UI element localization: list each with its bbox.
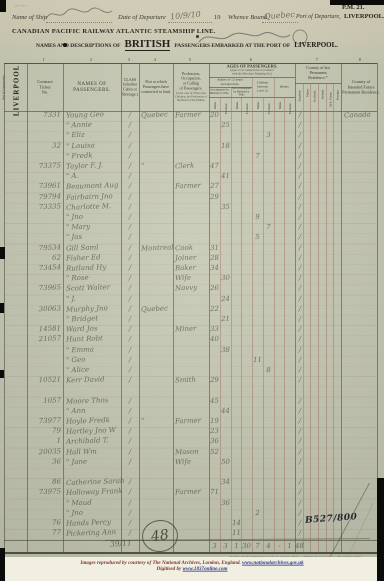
cell-occupation-handwriting: Farmer: [175, 488, 201, 497]
cell-name-handwriting: " Jas: [66, 233, 82, 242]
table-row: 30063Murphy Jno/Quebec22/: [4, 305, 377, 315]
cell-age-handwriting: 45: [209, 396, 220, 404]
total-value: 4: [263, 542, 274, 550]
digitiser-link[interactable]: www.1837online.com: [183, 566, 228, 571]
table-row: " Eliz/3/: [4, 131, 377, 141]
cell-name-handwriting: Archibald T.: [66, 437, 109, 446]
cell-residence-tick: /: [296, 427, 304, 435]
cell-ticket-handwriting: 7331: [28, 110, 61, 119]
table-row: 73335Charlotte M./35/: [4, 203, 377, 213]
total-england: 48: [295, 542, 304, 550]
table-row: 1Archibald T./36/: [4, 437, 377, 447]
age-col-label: Male.: [256, 101, 260, 109]
ship-name-handwriting: [44, 5, 114, 23]
column-number: 8: [359, 58, 361, 63]
table-row: 32" Louisa/18/: [4, 142, 377, 152]
cell-class-tick: /: [124, 203, 136, 211]
footer-line1: Images reproduced by courtesy of The Nat…: [29, 560, 355, 565]
cell-name-handwriting: " Ann: [66, 406, 86, 415]
header-residence-last: Country of last Permanent Residence.*: [295, 63, 341, 83]
cell-residence-tick: /: [296, 447, 304, 455]
cell-class-tick: /: [124, 162, 136, 170]
cell-class-tick: /: [124, 264, 136, 272]
cell-residence-tick: /: [296, 478, 304, 486]
cell-ticket-handwriting: 20035: [28, 447, 61, 456]
cell-class-tick: /: [124, 345, 136, 353]
cell-residence-tick: /: [296, 437, 304, 445]
header-residence-future: Country of Intended Future Permanent Res…: [341, 63, 381, 111]
document-subtitle: NAMES AND DESCRIPTIONS OF BRITISH PASSEN…: [36, 38, 338, 51]
cell-age-handwriting: 30: [220, 274, 231, 282]
cell-residence-tick: /: [296, 274, 304, 282]
table-row: " J./24/: [4, 295, 377, 305]
cell-residence-tick: /: [296, 121, 304, 129]
cell-name-handwriting: " Jane: [66, 457, 87, 466]
date-handwriting: 10/9/10: [170, 10, 202, 22]
cell-residence-tick: /: [296, 356, 304, 364]
cell-name-handwriting: Beaumont Aug: [66, 181, 119, 191]
cell-age-handwriting: 47: [209, 162, 220, 170]
cell-residence-tick: /: [296, 203, 304, 211]
cell-class-tick: /: [124, 529, 136, 537]
cell-ticket-handwriting: 73977: [28, 416, 61, 425]
ink-blot-small: [196, 35, 199, 38]
table-row: 73975Holloway Frank/Farmer71/: [4, 488, 377, 498]
age-col-label: Male.: [213, 101, 217, 109]
cell-age-handwriting: 50: [220, 458, 231, 466]
cell-name-handwriting: " Alice: [66, 366, 89, 375]
total-value: 30: [241, 542, 252, 550]
cell-residence-tick: /: [296, 488, 304, 496]
cell-occupation-handwriting: Farmer: [175, 417, 201, 426]
cell-name-handwriting: " Jno: [66, 509, 83, 518]
cell-age-handwriting: 3: [263, 131, 274, 139]
cell-age-handwriting: 2: [252, 509, 263, 517]
ages-title-note: (Ages to be computed in accordance with …: [230, 69, 274, 76]
cell-name-handwriting: " Fredk: [66, 151, 93, 160]
header-profession: Profession, Occupation, or Calling of Pa…: [173, 63, 209, 111]
cell-residence-tick: /: [296, 509, 304, 517]
cell-class-tick: /: [124, 233, 136, 241]
cell-age-handwriting: 20: [209, 111, 220, 119]
table-row: 73965Scott Walter/Navvy26/: [4, 284, 377, 294]
national-archives-link[interactable]: www.nationalarchives.gov.uk: [242, 560, 304, 565]
cell-occupation-handwriting: Wife: [175, 274, 191, 283]
cell-residence-tick: /: [296, 529, 304, 537]
cell-age-handwriting: 34: [209, 264, 220, 272]
cell-residence-tick: /: [296, 264, 304, 272]
table-row: 20035Hall Wm/Mason52/: [4, 448, 377, 458]
header-contract-ticket: Contract Ticket No.: [27, 63, 63, 111]
header-ages-title: AGES OF PASSENGERS. (Ages to be computed…: [209, 63, 295, 77]
cell-class-tick: /: [124, 437, 136, 445]
film-edge-mark: [377, 478, 384, 581]
cell-name-handwriting: Rutland Hy: [66, 263, 107, 272]
totals-row: 3313074-148: [4, 540, 377, 552]
cell-class-tick: /: [124, 141, 136, 149]
cell-residence-tick: /: [296, 182, 304, 190]
cell-name-handwriting: " Bridget: [66, 314, 98, 323]
cell-age-handwriting: 34: [220, 478, 231, 486]
cell-age-handwriting: 31: [209, 243, 220, 251]
cell-class-tick: /: [124, 192, 136, 200]
cell-age-handwriting: 40: [209, 335, 220, 343]
cell-age-handwriting: 27: [209, 182, 220, 190]
cell-ticket-handwriting: 73975: [28, 488, 61, 497]
header-class: CLASS (whether Cabin or Steerage.): [121, 63, 139, 111]
table-row: 79794Fairbairn Jno/29/: [4, 193, 377, 203]
cell-occupation-handwriting: Navvy: [175, 284, 197, 293]
cell-class-tick: /: [124, 284, 136, 292]
cell-name-handwriting: Fairbairn Jno: [66, 192, 113, 202]
cell-occupation-handwriting: Wife: [175, 458, 191, 467]
cell-class-tick: /: [124, 407, 136, 415]
table-row: 10521Kerr David/Smith29/: [4, 376, 377, 386]
cell-destination-handwriting: Canada: [344, 111, 371, 120]
top-scribble: ~~·: [14, 2, 28, 10]
subtitle-middle: PASSENGERS EMBARKED AT THE PORT OF: [174, 43, 290, 49]
cell-age-handwriting: 36: [209, 437, 220, 445]
cell-ticket-handwriting: 36: [28, 457, 61, 466]
cell-residence-tick: /: [296, 407, 304, 415]
cell-residence-tick: /: [296, 213, 304, 221]
film-edge-mark: [0, 548, 5, 581]
column-number: 3: [128, 58, 130, 63]
cell-class-tick: /: [124, 325, 136, 333]
cell-residence-tick: /: [296, 498, 304, 506]
cell-age-handwriting: 9: [252, 213, 263, 221]
cell-class-tick: /: [124, 121, 136, 129]
cell-residence-tick: /: [296, 284, 304, 292]
cell-ticket-handwriting: 73375: [28, 161, 61, 170]
cell-ticket-handwriting: 73961: [28, 182, 61, 191]
cell-class-tick: /: [124, 274, 136, 282]
cell-age-handwriting: 19: [209, 417, 220, 425]
cell-age-handwriting: 22: [209, 305, 220, 313]
circled-total-value: 48: [150, 527, 170, 545]
residence-col-label: Brit. Posns.: [328, 92, 332, 107]
cell-class-tick: /: [124, 152, 136, 160]
cell-name-handwriting: " Rose: [66, 274, 89, 283]
cell-name-handwriting: " Geo: [66, 355, 86, 364]
footer-credit-text: Images reproduced by courtesy of The Nat…: [80, 560, 240, 565]
table-row: 7331Young Geo/QuebecFarmer20/Canada: [4, 111, 377, 121]
cell-residence-tick: /: [296, 243, 304, 251]
cell-residence-tick: /: [296, 233, 304, 241]
cell-age-handwriting: 52: [209, 447, 220, 455]
cell-name-handwriting: Kerr David: [66, 376, 105, 385]
cell-residence-tick: /: [296, 519, 304, 527]
cell-class-tick: /: [124, 182, 136, 190]
cell-occupation-handwriting: Smith: [175, 376, 196, 385]
port-of-departure-label: Port of Departure,: [296, 14, 341, 20]
cell-age-handwriting: 44: [220, 407, 231, 415]
film-edge-mark: [0, 370, 4, 378]
cell-age-handwriting: 36: [220, 498, 231, 506]
cell-class-tick: /: [124, 172, 136, 180]
cell-name-handwriting: Fisher Ed: [66, 253, 101, 262]
cell-residence-tick: /: [296, 325, 304, 333]
cell-ticket-handwriting: 79794: [28, 192, 61, 201]
cell-class-tick: /: [124, 478, 136, 486]
cell-ticket-handwriting: 1057: [28, 396, 61, 405]
cell-name-handwriting: " Maud: [66, 498, 92, 507]
cell-name-handwriting: Hartley Jno W: [66, 426, 116, 436]
cell-class-tick: /: [124, 335, 136, 343]
document-page: P.M. 21. ~~· Name of Ship Date of Depart…: [0, 0, 384, 557]
cell-port-handwriting: ": [141, 417, 145, 425]
cell-age-handwriting: 71: [209, 488, 220, 496]
table-row: " Maud/36/: [4, 499, 377, 509]
cell-port-handwriting: Montreal: [141, 243, 174, 252]
date-of-departure-label: Date of Departure: [118, 14, 166, 21]
cell-occupation-handwriting: Cook: [175, 243, 193, 252]
residence-col-label: Ireland.: [321, 89, 325, 99]
cell-age-handwriting: 23: [209, 427, 220, 435]
cell-residence-tick: /: [296, 376, 304, 384]
cell-name-handwriting: Murphy Jno: [66, 304, 108, 313]
cell-class-tick: /: [124, 447, 136, 455]
total-value: 3: [220, 542, 231, 550]
cell-class-tick: /: [124, 213, 136, 221]
cell-ticket-handwriting: 62: [28, 253, 61, 262]
table-row: " Geo/11/: [4, 356, 377, 366]
table-row: " Jno/9/: [4, 213, 377, 223]
cell-name-handwriting: " Jno: [66, 213, 83, 222]
header-single: Not accompanied by Husband or Wife.: [231, 87, 253, 97]
table-row: 73454Rutland Hy/Baker34/: [4, 264, 377, 274]
cell-class-tick: /: [124, 223, 136, 231]
table-row: " Annie/25/: [4, 121, 377, 131]
header-names: NAMES OF PASSENGERS.: [63, 63, 121, 111]
cell-age-handwriting: 5: [252, 233, 263, 241]
cell-ticket-handwriting: 21057: [28, 335, 61, 344]
cell-age-handwriting: 8: [263, 366, 274, 374]
cell-occupation-handwriting: Mason: [175, 447, 199, 456]
cell-ticket-handwriting: 32: [28, 141, 61, 150]
cell-class-tick: /: [124, 254, 136, 262]
age-col-label: Male.: [278, 101, 282, 109]
whence-bound-label: Whence Bound: [228, 14, 267, 21]
port-of-departure-value: LIVERPOOL.: [344, 13, 384, 20]
cell-occupation-handwriting: Farmer: [175, 182, 201, 191]
cell-name-handwriting: " Emma: [66, 345, 94, 354]
name-of-ship-label: Name of Ship: [12, 14, 47, 21]
cell-residence-tick: /: [296, 223, 304, 231]
ink-blot: [63, 43, 67, 47]
cell-name-handwriting: Taylor F. J.: [66, 161, 103, 170]
cell-residence-tick: /: [296, 192, 304, 200]
cell-residence-tick: /: [296, 172, 304, 180]
cell-occupation-handwriting: Farmer: [175, 111, 201, 120]
cell-residence-tick: /: [296, 396, 304, 404]
cell-ticket-handwriting: 14581: [28, 325, 61, 334]
cell-residence-tick: /: [296, 162, 304, 170]
header-profession-note: In the case of Wives and Children, the P…: [175, 92, 207, 103]
cell-residence-tick: /: [296, 131, 304, 139]
table-row: " Emma/38/: [4, 346, 377, 356]
cell-class-tick: /: [124, 376, 136, 384]
table-row: 79534Gill Saml/MontrealCook31/: [4, 244, 377, 254]
column-number: 1: [43, 58, 45, 63]
film-edge-mark: [330, 0, 384, 5]
cell-residence-tick: /: [296, 294, 304, 302]
header-married: Accompanied by Husband or Wife.: [209, 87, 231, 97]
footer-digitised-text: Digitised by: [157, 566, 182, 571]
cell-class-tick: /: [124, 417, 136, 425]
cell-class-tick: /: [124, 396, 136, 404]
cell-name-handwriting: Moore Thos: [66, 396, 109, 405]
cell-name-handwriting: " Eliz: [66, 131, 85, 140]
cell-age-handwriting: 11: [252, 356, 263, 364]
cell-port-handwriting: ": [141, 162, 145, 170]
cell-age-handwriting: 14: [230, 519, 241, 527]
residence-col-label: Foreign.: [336, 89, 340, 100]
cell-residence-tick: /: [296, 335, 304, 343]
cell-residence-tick: /: [296, 345, 304, 353]
table-row: 73961Beaumont Aug/Farmer27/: [4, 182, 377, 192]
cell-name-handwriting: Holloway Frank: [66, 487, 123, 497]
subtitle-nationality: BRITISH: [125, 38, 171, 51]
residence-col-label: England.: [298, 90, 302, 102]
cell-class-tick: /: [124, 427, 136, 435]
cell-residence-tick: /: [296, 152, 304, 160]
header-adults: Adults of 12 years and upwards.: [209, 77, 252, 87]
column-number: 5: [189, 58, 191, 63]
cell-age-handwriting: 28: [209, 254, 220, 262]
cell-name-handwriting: Catherine Sarah: [66, 477, 125, 487]
cell-name-handwriting: " Annie: [66, 121, 92, 130]
cell-age-handwriting: 11: [230, 529, 241, 537]
cell-name-handwriting: Gill Saml: [66, 243, 99, 252]
cell-age-handwriting: 26: [209, 284, 220, 292]
cell-residence-tick: /: [296, 305, 304, 313]
age-col-label: Male.: [235, 101, 239, 109]
cell-age-handwriting: 21: [220, 315, 231, 323]
cell-ticket-handwriting: 77: [28, 529, 61, 538]
cell-residence-tick: /: [296, 366, 304, 374]
cell-residence-tick: /: [296, 254, 304, 262]
film-edge-mark: [0, 303, 4, 313]
cell-name-handwriting: " Mary: [66, 223, 90, 232]
cell-age-handwriting: 29: [209, 192, 220, 200]
cell-residence-tick: /: [296, 417, 304, 425]
cell-class-tick: /: [124, 366, 136, 374]
cell-name-handwriting: " J.: [66, 294, 76, 302]
film-edge-mark: [0, 247, 5, 259]
cell-name-handwriting: Hands Percy: [66, 518, 111, 528]
cell-age-handwriting: 33: [209, 325, 220, 333]
cell-name-handwriting: " Louisa: [66, 141, 95, 150]
table-row: 21057Hunt Robt/40/: [4, 335, 377, 345]
header-profession-main: Profession, Occupation, or Calling of Pa…: [173, 71, 209, 91]
cell-class-tick: /: [124, 509, 136, 517]
cell-age-handwriting: 29: [209, 376, 220, 384]
cell-age-handwriting: 7: [263, 223, 274, 231]
cell-occupation-handwriting: Clerk: [175, 162, 195, 171]
table-body: 7331Young Geo/QuebecFarmer20/Canada" Ann…: [4, 111, 377, 540]
date-blank: [168, 21, 212, 23]
cell-occupation-handwriting: Baker: [175, 264, 196, 273]
residence-col-label: Scotland.: [313, 90, 317, 102]
cell-ticket-handwriting: 73454: [28, 263, 61, 272]
cell-ticket-handwriting: 79: [28, 427, 61, 436]
passenger-table: 12345678 Contract Ticket No. NAMES OF PA…: [4, 57, 381, 556]
cell-residence-tick: /: [296, 111, 304, 119]
cell-age-handwriting: 18: [220, 141, 231, 149]
table-row: 36" Jane/Wife50/: [4, 458, 377, 468]
subtitle-prefix: NAMES AND DESCRIPTIONS OF: [36, 43, 121, 49]
cell-class-tick: /: [124, 305, 136, 313]
cell-class-tick: /: [124, 111, 136, 119]
cell-name-handwriting: Pickering Ann: [66, 528, 116, 538]
cell-name-handwriting: Scott Walter: [66, 284, 110, 294]
table-row: 1057Moore Thos/45/: [4, 397, 377, 407]
cell-class-tick: /: [124, 315, 136, 323]
cell-residence-tick: /: [296, 315, 304, 323]
whence-handwriting: Quebec: [264, 10, 295, 21]
column-number: 4: [154, 58, 156, 63]
header-children: Children between 1 and 12.: [252, 77, 274, 97]
cell-ticket-handwriting: 10521: [28, 376, 61, 385]
column-number: 6: [250, 58, 252, 63]
column-number: 7: [316, 58, 318, 63]
cell-age-handwriting: 35: [220, 203, 231, 211]
footer-line2: Digitised by www.1837online.com: [29, 566, 355, 571]
line-title: CANADIAN PACIFIC RAILWAY ATLANTIC STEAMS…: [12, 28, 216, 35]
table-row: [4, 386, 377, 396]
cell-class-tick: /: [124, 498, 136, 506]
total-value: 3: [209, 542, 220, 550]
cell-name-handwriting: Young Geo: [66, 110, 104, 119]
residence-col-label: Wales.: [305, 88, 309, 97]
form-number: P.M. 21.: [342, 4, 365, 11]
cell-residence-tick: /: [296, 141, 304, 149]
cell-class-tick: /: [124, 243, 136, 251]
cell-name-handwriting: Hoyle Fredk: [66, 416, 110, 426]
cell-ticket-handwriting: 30063: [28, 304, 61, 313]
cell-age-handwriting: 41: [220, 172, 231, 180]
cell-name-handwriting: Charlotte M.: [66, 202, 111, 212]
cell-ticket-handwriting: 86: [28, 478, 61, 487]
cell-name-handwriting: Ward Jos: [66, 325, 98, 334]
scanned-document: { "doc": { "form_no": "P.M. 21.", "name_…: [0, 0, 384, 581]
total-value: 7: [252, 542, 263, 550]
whence-blank: [262, 21, 298, 23]
cell-age-handwriting: 38: [220, 345, 231, 353]
total-value: 1: [284, 542, 295, 550]
cell-occupation-handwriting: Joiner: [175, 253, 197, 262]
cell-ticket-handwriting: 73335: [28, 202, 61, 211]
cell-name-handwriting: Hunt Robt: [66, 335, 103, 344]
cell-class-tick: /: [124, 356, 136, 364]
cell-class-tick: /: [124, 294, 136, 302]
cell-ticket-handwriting: 1: [28, 437, 61, 446]
cell-class-tick: /: [124, 458, 136, 466]
archive-footer: Images reproduced by courtesy of The Nat…: [0, 557, 384, 581]
cell-occupation-handwriting: Miner: [175, 325, 197, 334]
cell-age-handwriting: 25: [220, 121, 231, 129]
cell-ticket-handwriting: 76: [28, 518, 61, 527]
header-infants: Infants.: [274, 77, 296, 97]
cell-port-handwriting: Quebec: [141, 111, 168, 120]
cell-class-tick: /: [124, 519, 136, 527]
film-edge-mark: [0, 0, 6, 12]
cell-ticket-handwriting: 79534: [28, 243, 61, 252]
cell-ticket-handwriting: 73965: [28, 284, 61, 293]
cell-age-handwriting: 7: [252, 152, 263, 160]
cell-port-handwriting: Quebec: [141, 304, 168, 313]
